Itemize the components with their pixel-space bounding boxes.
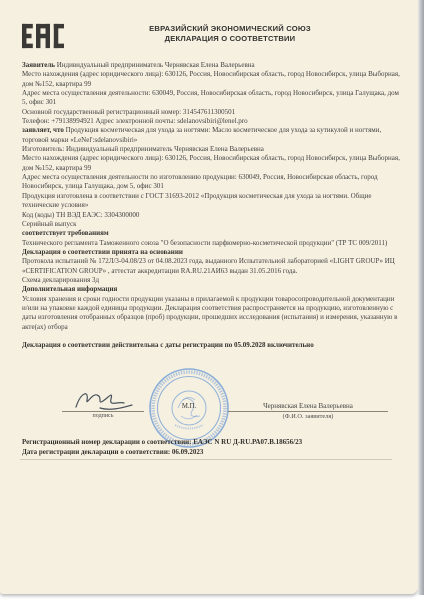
registration-date-line: Дата регистрации декларации о соответств… [22,447,402,457]
applicant-activity-address: Адрес места осуществления деятельности: … [22,89,400,108]
union-name: ЕВРАЗИЙСКИЙ ЭКОНОМИЧЕСКИЙ СОЮЗ [60,24,400,34]
document-title: ДЕКЛАРАЦИЯ О СООТВЕТСТВИИ [60,34,400,44]
additional-text: Условия хранения и сроки годности продук… [22,295,400,332]
declares-label: заявляет, что [22,126,64,134]
basis-heading: Декларация о соответствии принята на осн… [22,248,400,257]
full-name-caption: (Ф.И.О. заявителя) [228,413,388,420]
declaration-body: Заявитель Индивидуальный предприниматель… [22,61,400,351]
contacts-line: Телефон: +79138994921 Адрес электронной … [22,117,400,126]
manufacturer-address: Место нахождения (адрес юридического лиц… [22,154,400,173]
scan-page-edge [418,0,424,595]
registration-number-line: Регистрационный номер декларации о соотв… [22,437,402,447]
applicant-full-name: Чернявская Елена Валерьевна [232,402,384,410]
declaration-document-page: ЕВРАЗИЙСКИЙ ЭКОНОМИЧЕСКИЙ СОЮЗ ДЕКЛАРАЦИ… [0,0,418,594]
product-description: Продукция косметическая для ухода за ног… [22,126,381,143]
tnved-code-line: Код (коды) ТН ВЭД ЕАЭС: 3304300000 [22,211,400,220]
validity-line: Декларация о соответствии действительна … [22,341,400,350]
complies-heading: соответствует требованиям [22,229,400,238]
handwritten-signature [72,388,142,412]
applicant-label: Заявитель [22,61,55,69]
applicant-value: Индивидуальный предприниматель Чернявска… [55,61,255,69]
gost-line: Продукция изготовлена в соответствии с Г… [22,192,400,211]
release-type-line: Серийный выпуск [22,220,400,229]
stamp-place-caption: М.П. [176,403,202,410]
basis-heading-label: Декларация о соответствии принята на осн… [22,248,183,256]
applicant-line: Заявитель Индивидуальный предприниматель… [22,61,400,70]
manufacturer-activity-address: Адрес места осуществления деятельности п… [22,173,400,192]
basis-text: Протокола испытаний № 172Л/3-04.08/23 от… [22,257,400,276]
ogrn-line: Основной государственный регистрационный… [22,108,400,117]
complies-text: Технического регламента Таможенного союз… [22,239,400,248]
applicant-address: Место нахождения (адрес юридического лиц… [22,70,400,89]
signature-line [62,411,144,412]
bottom-divider [20,459,392,460]
document-header: ЕВРАЗИЙСКИЙ ЭКОНОМИЧЕСКИЙ СОЮЗ ДЕКЛАРАЦИ… [60,24,400,44]
registration-block: Регистрационный номер декларации о соотв… [22,437,402,457]
declares-line: заявляет, что Продукция косметическая дл… [22,126,400,145]
eac-mark-icon [22,17,64,55]
additional-heading-label: Дополнительная информация [22,285,117,293]
manufacturer-line: Изготовитель: Индивидуальный предпринима… [22,145,400,154]
full-name-line [228,411,388,412]
additional-heading: Дополнительная информация [22,285,400,294]
signature-caption: подпись [62,413,144,419]
complies-heading-label: соответствует требованиям [22,229,109,237]
scheme-line: Схема декларирования 3д [22,276,400,285]
